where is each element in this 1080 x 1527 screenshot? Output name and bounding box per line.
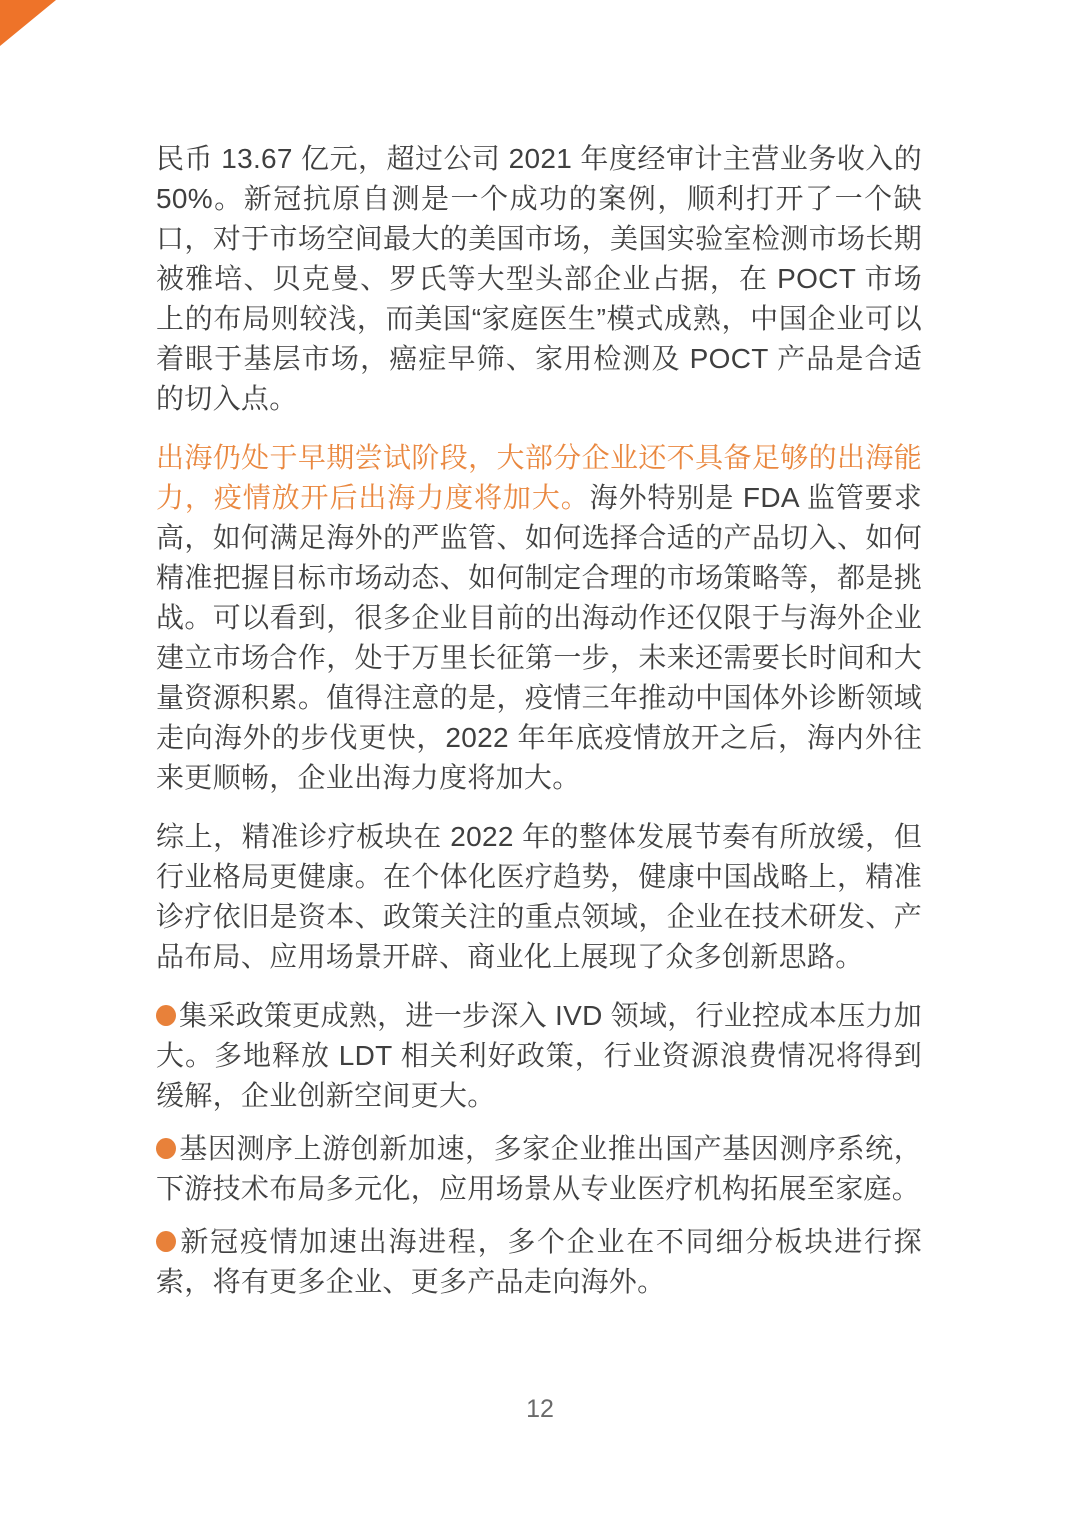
summary-paragraph: 综上，精准诊疗板块在 2022 年的整体发展节奏有所放缓，但行业格局更健康。在个… xyxy=(156,817,922,977)
bullet-dot-icon xyxy=(156,1138,176,1159)
bullet-item-2: 基因测序上游创新加速，多家企业推出国产基因测序系统，下游技术布局多元化，应用场景… xyxy=(156,1129,922,1209)
report-page: 民币 13.67 亿元，超过公司 2021 年度经审计主营业务收入的 50%。新… xyxy=(0,0,1080,1527)
body-paragraph-1: 民币 13.67 亿元，超过公司 2021 年度经审计主营业务收入的 50%。新… xyxy=(156,139,922,419)
bullet-text: 新冠疫情加速出海进程，多个企业在不同细分板块进行探索，将有更多企业、更多产品走向… xyxy=(156,1226,922,1297)
bullet-text: 集采政策更成熟，进一步深入 IVD 领域，行业控成本压力加大。多地释放 LDT … xyxy=(156,1000,922,1111)
bullet-dot-icon xyxy=(156,1231,176,1252)
page-corner-accent-icon xyxy=(0,0,56,46)
bullet-text: 基因测序上游创新加速，多家企业推出国产基因测序系统，下游技术布局多元化，应用场景… xyxy=(156,1133,922,1204)
body-paragraph-2: 出海仍处于早期尝试阶段，大部分企业还不具备足够的出海能力，疫情放开后出海力度将加… xyxy=(156,438,922,798)
page-content: 民币 13.67 亿元，超过公司 2021 年度经审计主营业务收入的 50%。新… xyxy=(156,139,922,1315)
bullet-item-3: 新冠疫情加速出海进程，多个企业在不同细分板块进行探索，将有更多企业、更多产品走向… xyxy=(156,1222,922,1302)
bullet-item-1: 集采政策更成熟，进一步深入 IVD 领域，行业控成本压力加大。多地释放 LDT … xyxy=(156,996,922,1116)
paragraph-2-rest-text: 海外特别是 FDA 监管要求高，如何满足海外的严监管、如何选择合适的产品切入、如… xyxy=(156,482,922,793)
bullet-dot-icon xyxy=(156,1005,176,1026)
page-number: 12 xyxy=(0,1395,1080,1424)
